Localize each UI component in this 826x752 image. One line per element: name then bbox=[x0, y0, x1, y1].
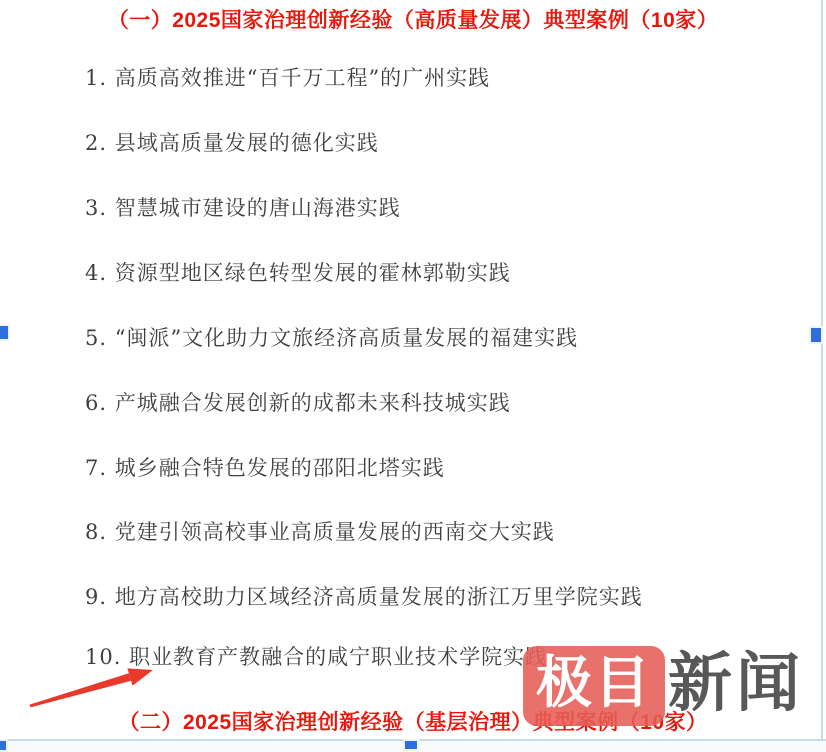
selection-handle-left[interactable] bbox=[0, 324, 10, 341]
list-item-7: 7. 城乡融合特色发展的邵阳北塔实践 bbox=[85, 452, 445, 482]
watermark-badge-text: 极目 bbox=[536, 646, 652, 714]
list-item-9: 9. 地方高校助力区域经济高质量发展的浙江万里学院实践 bbox=[85, 581, 643, 611]
selection-handle-bottom-left[interactable] bbox=[0, 739, 8, 752]
list-item-8: 8. 党建引领高校事业高质量发展的西南交大实践 bbox=[85, 516, 555, 546]
section-1-heading: （一）2025国家治理创新经验（高质量发展）典型案例（10家） bbox=[0, 4, 826, 34]
red-arrow-annotation-icon bbox=[25, 658, 160, 713]
list-item-3: 3. 智慧城市建设的唐山海港实践 bbox=[85, 192, 401, 222]
watermark-suffix-text: 新闻 bbox=[668, 646, 826, 730]
watermark-badge: 极目 bbox=[523, 646, 665, 726]
list-item-1: 1. 高质高效推进“百千万工程”的广州实践 bbox=[85, 62, 490, 92]
selection-handle-right[interactable] bbox=[809, 326, 823, 344]
document-page: （一）2025国家治理创新经验（高质量发展）典型案例（10家） 1. 高质高效推… bbox=[0, 0, 826, 752]
list-item-2: 2. 县域高质量发展的德化实践 bbox=[85, 127, 379, 157]
list-item-5: 5. “闽派”文化助力文旅经济高质量发展的福建实践 bbox=[85, 322, 578, 352]
selection-handle-bottom-mid[interactable] bbox=[403, 739, 419, 751]
list-item-4: 4. 资源型地区绿色转型发展的霍林郭勒实践 bbox=[85, 257, 511, 287]
right-edge-line bbox=[821, 0, 823, 752]
list-item-6: 6. 产城融合发展创新的成都未来科技城实践 bbox=[85, 387, 511, 417]
